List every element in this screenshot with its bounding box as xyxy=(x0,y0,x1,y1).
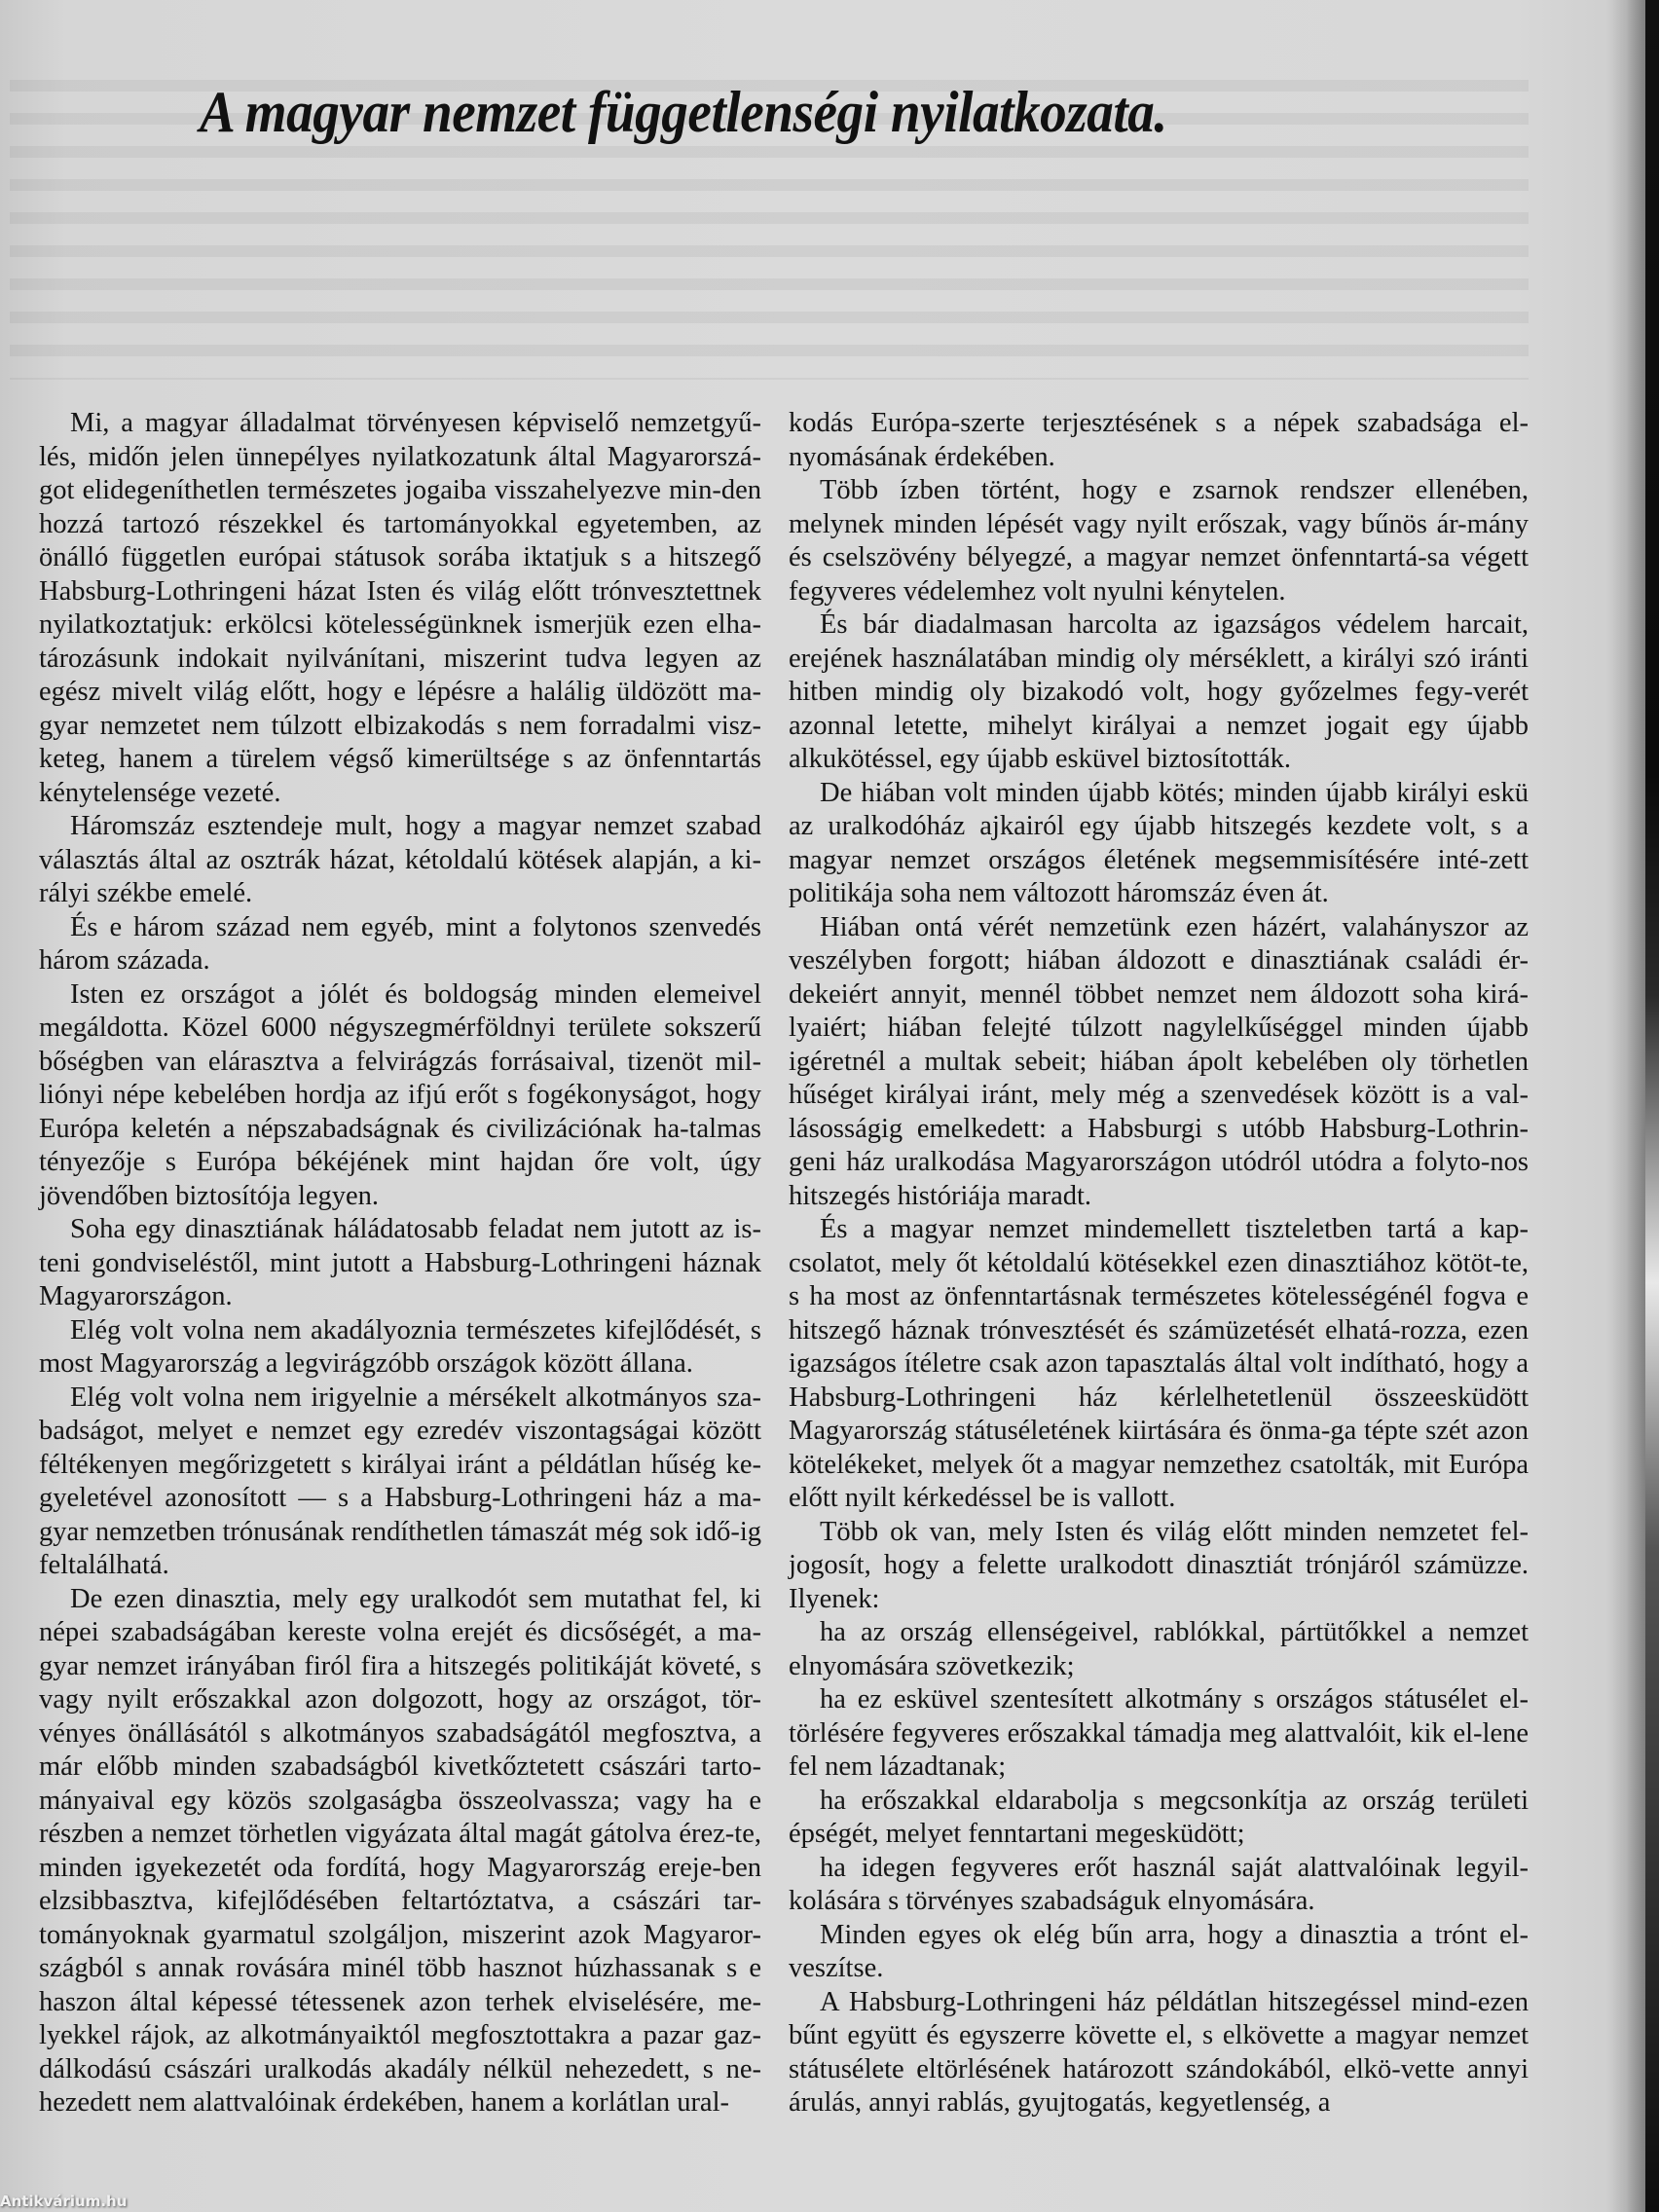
paragraph: Több ízben történt, hogy e zsarnok rends… xyxy=(789,474,1529,608)
paragraph: Soha egy dinasztiának háládatosabb felad… xyxy=(39,1213,761,1314)
left-column: Mi, a magyar álladalmat törvényesen képv… xyxy=(39,407,761,2120)
paragraph: Minden egyes ok elég bűn arra, hogy a di… xyxy=(789,1919,1529,1986)
paragraph: Elég volt volna nem akadályoznia termész… xyxy=(39,1314,761,1382)
paragraph: És e három század nem egyéb, mint a foly… xyxy=(39,911,761,978)
paragraph: És bár diadalmasan harcolta az igazságos… xyxy=(789,608,1529,777)
paragraph: De hiában volt minden újabb kötés; minde… xyxy=(789,777,1529,911)
list-item-reason: ha idegen fegyveres erőt használ saját a… xyxy=(789,1852,1529,1919)
paragraph-continuation: kodás Európa-szerte terjesztésének s a n… xyxy=(789,407,1529,474)
book-page: A magyar nemzet függetlenségi nyilatkoza… xyxy=(0,0,1645,2212)
right-column: kodás Európa-szerte terjesztésének s a n… xyxy=(789,407,1529,2120)
list-item-reason: ha ez esküvel szentesített alkotmány s o… xyxy=(789,1683,1529,1785)
book-binding xyxy=(1645,0,1659,2212)
paragraph: Mi, a magyar álladalmat törvényesen képv… xyxy=(39,407,761,810)
page-edge-shadow xyxy=(1606,0,1645,2212)
paragraph: Elég volt volna nem irigyelnie a mérséke… xyxy=(39,1382,761,1583)
page-title: A magyar nemzet függetlenségi nyilatkoza… xyxy=(200,78,1274,146)
paragraph: És a magyar nemzet mindemellett tisztele… xyxy=(789,1213,1529,1516)
watermark: Antikvárium.hu xyxy=(0,2193,127,2210)
paragraph: A Habsburg-Lothringeni ház példátlan hit… xyxy=(789,1986,1529,2120)
paragraph: Isten ez országot a jólét és boldogság m… xyxy=(39,978,761,1214)
list-item-reason: ha erőszakkal eldarabolja s megcsonkítja… xyxy=(789,1785,1529,1852)
paragraph: Több ok van, mely Isten és világ előtt m… xyxy=(789,1516,1529,1617)
paragraph: De ezen dinasztia, mely egy uralkodót se… xyxy=(39,1583,761,2120)
paragraph: Háromszáz esztendeje mult, hogy a magyar… xyxy=(39,810,761,911)
list-item-reason: ha az ország ellenségeivel, rablókkal, p… xyxy=(789,1616,1529,1683)
paragraph: Hiában ontá vérét nemzetünk ezen házért,… xyxy=(789,911,1529,1214)
